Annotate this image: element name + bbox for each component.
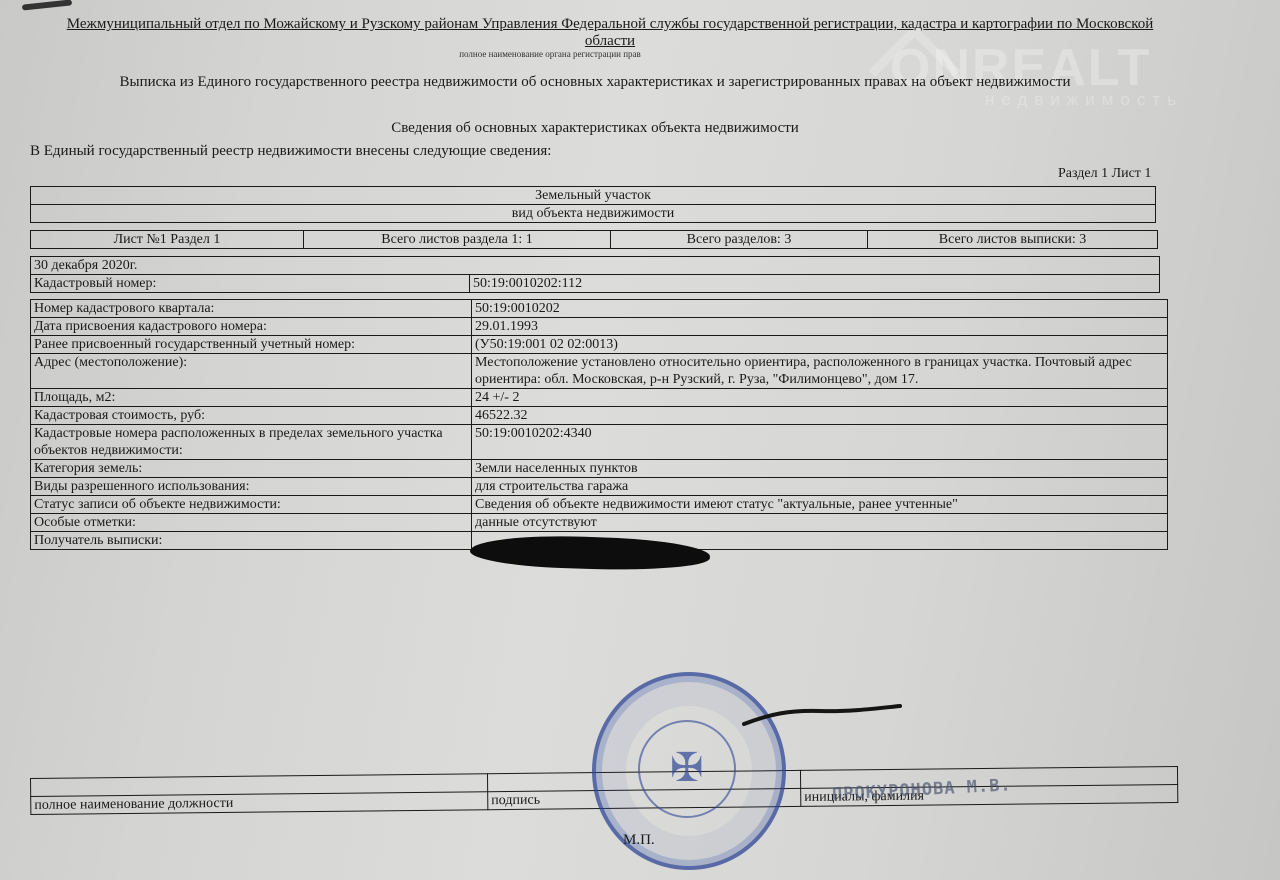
- table-row: Номер кадастрового квартала:50:19:001020…: [31, 300, 1168, 318]
- extract-date: 30 декабря 2020г.: [31, 257, 1160, 275]
- organization-caption: полное наименование органа регистрации п…: [0, 49, 1100, 59]
- characteristics-table: Номер кадастрового квартала:50:19:001020…: [30, 299, 1168, 550]
- field-label: Категория земель:: [31, 460, 472, 478]
- sheets-table: Лист №1 Раздел 1 Всего листов раздела 1:…: [30, 230, 1158, 249]
- field-value: 29.01.1993: [472, 318, 1168, 336]
- field-label: Кадастровая стоимость, руб:: [31, 407, 472, 425]
- cadastral-number-label: Кадастровый номер:: [31, 275, 470, 293]
- table-row: Кадастровые номера расположенных в преде…: [31, 425, 1168, 460]
- field-label: Статус записи об объекте недвижимости:: [31, 496, 472, 514]
- watermark-subtitle: недвижимость: [985, 90, 1183, 110]
- field-value: Земли населенных пунктов: [472, 460, 1168, 478]
- object-kind-caption: вид объекта недвижимости: [31, 205, 1156, 223]
- table-row: Дата присвоения кадастрового номера:29.0…: [31, 318, 1168, 336]
- sheet-reference: Раздел 1 Лист 1: [1058, 166, 1151, 182]
- section-title: Сведения об основных характеристиках объ…: [0, 120, 1190, 137]
- object-kind-table: Земельный участок вид объекта недвижимос…: [30, 186, 1156, 223]
- date-table: 30 декабря 2020г. Кадастровый номер: 50:…: [30, 256, 1160, 293]
- field-label: Виды разрешенного использования:: [31, 478, 472, 496]
- table-row: Категория земель:Земли населенных пункто…: [31, 460, 1168, 478]
- table-row: Ранее присвоенный государственный учетны…: [31, 336, 1168, 354]
- position-caption: полное наименование должности: [31, 792, 488, 815]
- field-value: данные отсутствуют: [472, 514, 1168, 532]
- table-row: Виды разрешенного использования:для стро…: [31, 478, 1168, 496]
- field-value: (У50:19:001 02 02:0013): [472, 336, 1168, 354]
- eagle-emblem-icon: ✠: [670, 744, 704, 791]
- field-label: Ранее присвоенный государственный учетны…: [31, 336, 472, 354]
- intro-text: В Единый государственный реестр недвижим…: [30, 143, 551, 160]
- field-value: 24 +/- 2: [472, 389, 1168, 407]
- sheet-number: Лист №1 Раздел 1: [31, 231, 304, 249]
- field-value: 46522.32: [472, 407, 1168, 425]
- field-value: 50:19:0010202:4340: [472, 425, 1168, 460]
- pen-mark: [22, 0, 72, 11]
- seal-inner-ring: ✠: [638, 720, 736, 818]
- cadastral-number-value: 50:19:0010202:112: [470, 275, 1160, 293]
- field-label: Площадь, м2:: [31, 389, 472, 407]
- table-row: Адрес (местоположение):Местоположение ус…: [31, 354, 1168, 389]
- signature-stroke: [740, 700, 902, 728]
- seal-caption: М.П.: [623, 832, 655, 849]
- field-label: Дата присвоения кадастрового номера:: [31, 318, 472, 336]
- table-row: Статус записи об объекте недвижимости:Св…: [31, 496, 1168, 514]
- table-row: Кадастровая стоимость, руб:46522.32: [31, 407, 1168, 425]
- organization-name: Межмуниципальный отдел по Можайскому и Р…: [40, 16, 1180, 50]
- object-kind-value: Земельный участок: [31, 187, 1156, 205]
- table-row: Площадь, м2:24 +/- 2: [31, 389, 1168, 407]
- field-value: 50:19:0010202: [472, 300, 1168, 318]
- field-value: для строительства гаража: [472, 478, 1168, 496]
- table-row: Особые отметки:данные отсутствуют: [31, 514, 1168, 532]
- field-value: Местоположение установлено относительно …: [472, 354, 1168, 389]
- extract-sheets-total: Всего листов выписки: 3: [868, 231, 1158, 249]
- field-value: Сведения об объекте недвижимости имеют с…: [472, 496, 1168, 514]
- field-label: Особые отметки:: [31, 514, 472, 532]
- section-sheets-total: Всего листов раздела 1: 1: [304, 231, 611, 249]
- document-title: Выписка из Единого государственного реес…: [0, 74, 1190, 91]
- field-label: Номер кадастрового квартала:: [31, 300, 472, 318]
- sections-total: Всего разделов: 3: [611, 231, 868, 249]
- field-label: Адрес (местоположение):: [31, 354, 472, 389]
- field-label: Получатель выписки:: [31, 532, 472, 550]
- field-label: Кадастровые номера расположенных в преде…: [31, 425, 472, 460]
